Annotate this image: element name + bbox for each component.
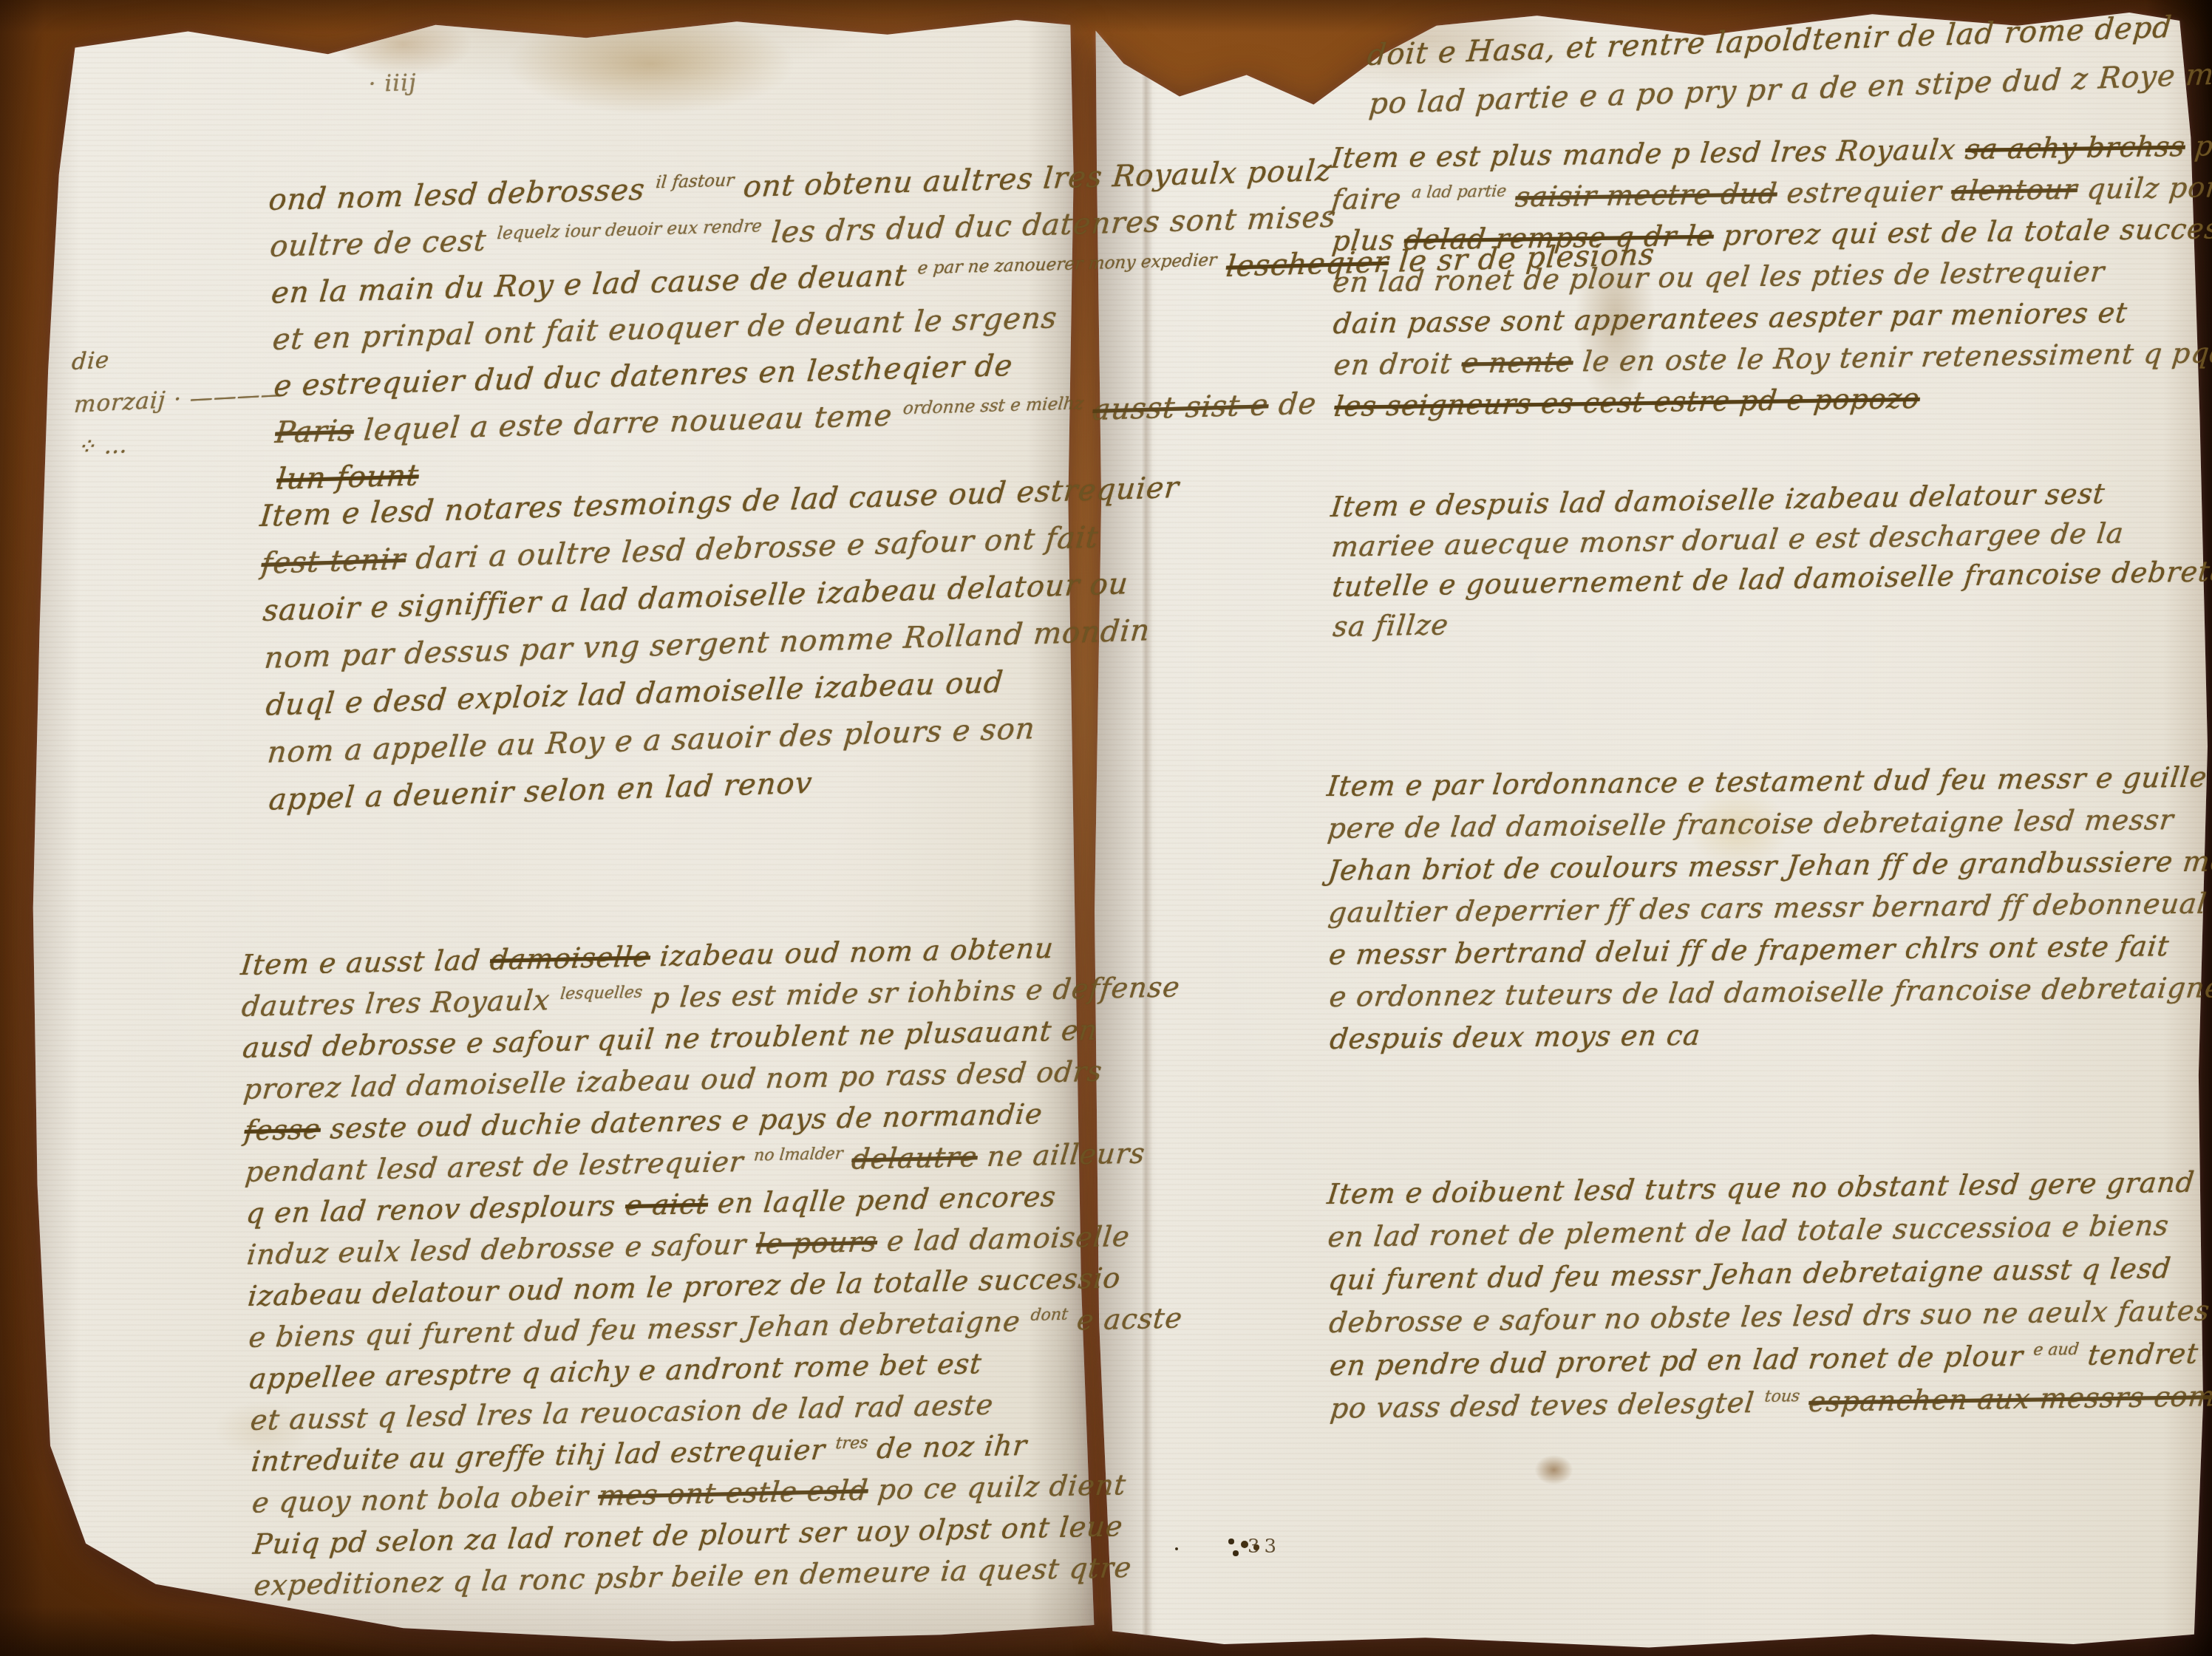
- strikethrough-text: delautre: [850, 1140, 979, 1176]
- left-page-paragraph-3: Item e ausst lad damoiselle izabeau oud …: [240, 929, 1192, 1610]
- strikethrough-text: fest tenir: [260, 542, 407, 581]
- manuscript-photo: · iiij ond nom lesd debrosses il fastour…: [0, 0, 2212, 1656]
- strikethrough-text: alentour: [1950, 173, 2079, 207]
- strikethrough-text: espanchen aux messrs comvatier: [1807, 1379, 2212, 1418]
- left-page-top-mark: · iiij: [368, 69, 417, 98]
- interlinear-insertion: no lmalder: [753, 1145, 844, 1165]
- strikethrough-text: sa achy brchss: [1964, 130, 2187, 166]
- strikethrough-text: le pours: [755, 1225, 879, 1261]
- ink-specks: [1228, 1539, 1234, 1544]
- interlinear-insertion: dont: [1030, 1305, 1069, 1324]
- strikethrough-text: e nente: [1460, 345, 1575, 379]
- strikethrough-text: lun fount: [275, 458, 421, 497]
- strikethrough-text: delad rempse q dr le: [1403, 219, 1715, 256]
- strikethrough-text: fesse: [243, 1113, 323, 1147]
- left-page-paragraph-2: Item e lesd notares tesmoings de lad cau…: [259, 471, 1188, 831]
- interlinear-insertion: tous: [1763, 1387, 1800, 1406]
- interlinear-insertion: e aud: [2032, 1340, 2080, 1359]
- left-page-margin-note: diemorzaij · ————⁘ …: [70, 338, 287, 477]
- right-page-paragraph-2: Item e despuis lad damoiselle izabeau de…: [1330, 474, 2212, 650]
- strikethrough-text: saisir mectre dud: [1514, 177, 1779, 214]
- strikethrough-text: ausst sist e: [1092, 388, 1270, 427]
- strikethrough-text: mes ont estle esld: [596, 1473, 870, 1512]
- interlinear-insertion: lesquelles: [559, 983, 644, 1003]
- right-page-paragraph-3: Item e par lordonnance e testament dud f…: [1327, 760, 2212, 1065]
- interlinear-insertion: a lad partie: [1411, 182, 1508, 202]
- strikethrough-text: damoiselle: [489, 940, 652, 976]
- page-number-mark: 33: [1248, 1536, 1281, 1558]
- interlinear-insertion: tres: [834, 1434, 868, 1453]
- right-page-paragraph-4: Item e doibuent lesd tutrs que no obstan…: [1327, 1165, 2212, 1435]
- interlinear-insertion: ordonne sst e mielhz: [902, 393, 1085, 418]
- strikethrough-text: e aict: [624, 1188, 709, 1221]
- interlinear-insertion: il fastour: [655, 170, 735, 192]
- right-page-paragraph-1: Item e est plus mande p lesd lres Royaul…: [1330, 127, 2212, 432]
